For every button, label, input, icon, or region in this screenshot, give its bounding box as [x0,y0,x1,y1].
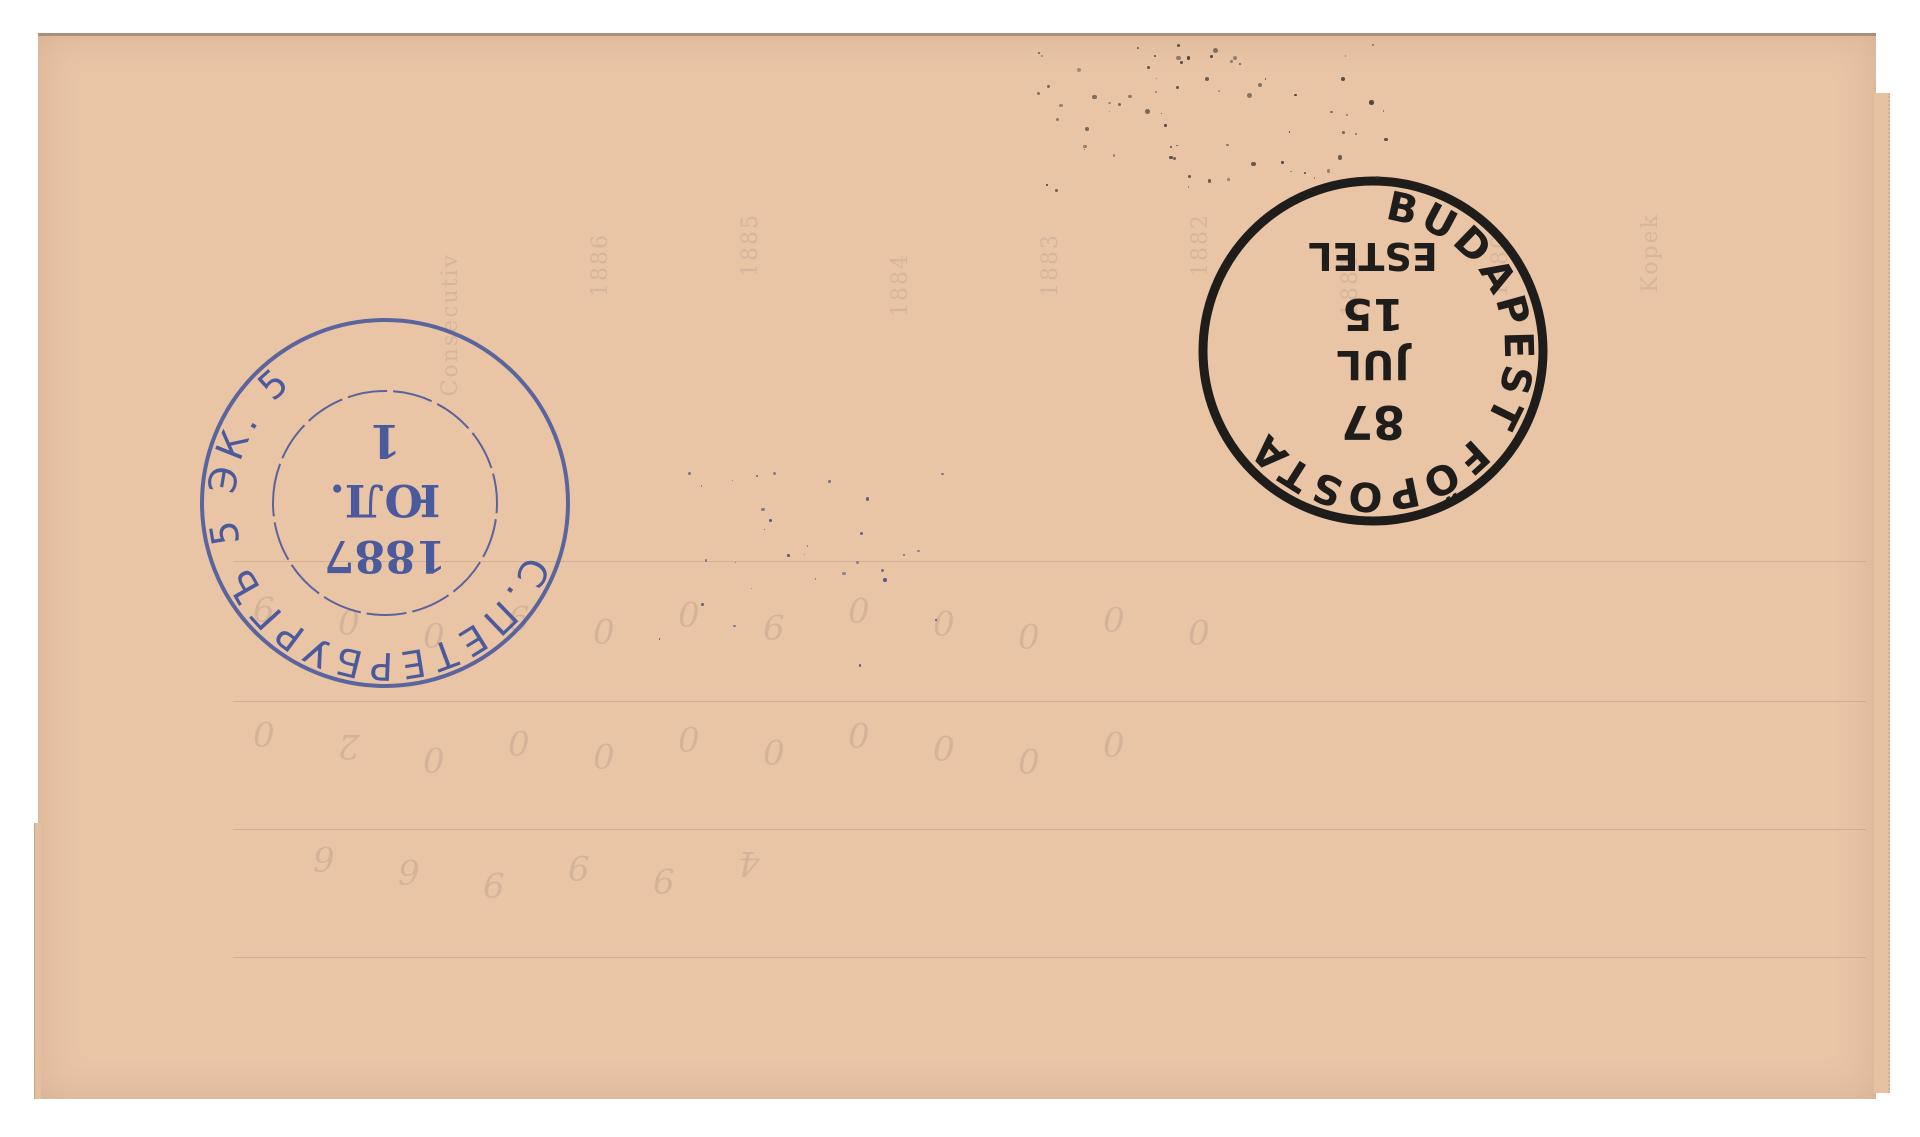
ink-speck [1176,145,1177,146]
ink-speck [764,529,765,530]
ink-speck [701,485,702,486]
ink-speck [1161,113,1162,114]
ink-speck [1265,78,1267,80]
show-through-handwritten-digit: 0 [933,602,955,642]
ink-speck [804,554,805,555]
ink-speck [866,497,869,500]
ink-speck [1155,91,1157,93]
ink-speck [1205,77,1209,81]
ink-speck [1251,162,1256,167]
ink-speck [1372,44,1374,46]
ink-speck [1055,189,1058,192]
ink-speck [733,625,735,627]
show-through-handwritten-digit: 9 [763,606,785,646]
ink-speck [856,561,859,564]
ink-speck [1247,93,1252,98]
show-through-column-header: 1885 [738,213,756,277]
ink-speck [688,472,691,475]
ink-speck [1304,172,1306,174]
ink-speck [1230,60,1233,63]
ink-speck [1113,154,1115,156]
show-through-handwritten-digit: 0 [848,589,870,629]
ruled-line [233,829,1866,830]
show-through-handwritten-digit: 0 [1018,740,1040,780]
ink-speck [1147,66,1150,69]
ink-speck [842,572,845,575]
ink-speck [859,664,861,666]
ink-speck [1258,83,1262,87]
ink-speck [1289,131,1291,133]
ink-speck [1369,100,1374,105]
budapest-postmark: BUDAPEST FŐPOSTA 87 JUL 15 ESTEL [1193,171,1553,531]
show-through-column-header: 1883 [1038,233,1056,297]
show-through-handwritten-digit: 0 [593,610,615,650]
svg-text:87: 87 [1341,395,1405,449]
show-through-handwritten-digit: 6 [398,851,420,891]
show-through-handwritten-digit: 0 [508,722,530,762]
ink-speck [1038,52,1040,54]
ink-speck [1355,133,1357,135]
ink-speck [1226,144,1229,147]
ink-speck [1154,55,1156,57]
ink-speck [1314,177,1316,179]
ink-speck [773,472,776,475]
ink-speck [1156,78,1157,79]
show-through-handwritten-digit: 9 [483,864,505,904]
show-through-handwritten-digit: 0 [1188,611,1210,651]
ink-speck [1083,145,1087,149]
show-through-handwritten-digit: 0 [593,735,615,775]
ink-speck [1239,63,1241,65]
ruled-line [233,701,1866,702]
ink-speck [1109,111,1111,113]
svg-text:1: 1 [369,414,401,468]
svg-text:ESTEL: ESTEL [1308,234,1437,278]
ink-speck [1341,77,1345,81]
ink-speck [1338,155,1343,160]
ink-speck [1164,124,1167,127]
show-through-column-header: 1886 [588,233,606,297]
ink-speck [761,508,765,512]
ink-speck [769,519,772,522]
ink-speck [1342,131,1345,134]
show-through-handwritten-digit: 0 [1103,723,1125,763]
ink-speck [1330,111,1333,114]
ink-speck [1176,56,1180,60]
ink-speck [1227,178,1230,181]
torn-right-flap [1874,93,1890,1093]
ink-speck [917,550,919,552]
ink-speck [860,532,864,536]
show-through-handwritten-digit: 0 [423,739,445,779]
show-through-handwritten-digit: 6 [313,838,335,878]
ink-speck [701,603,704,606]
show-through-handwritten-digit: 2 [338,726,360,766]
ink-speck [1084,149,1085,150]
ink-speck [903,554,905,556]
ink-speck [1037,92,1040,95]
ink-speck [828,480,831,483]
ink-speck [1290,171,1292,173]
ink-speck [1384,138,1387,141]
fold-step [34,823,41,1099]
show-through-handwritten-digit: 0 [848,714,870,754]
show-through-handwritten-digit: 0 [678,593,700,633]
ink-speck [1210,55,1213,58]
show-through-column-header: Kopek [1638,213,1656,293]
ink-speck [1187,56,1190,59]
ink-speck [1137,47,1139,49]
postal-document-back: Kopek1880188118821883188418851886Consecu… [38,33,1876,1099]
ink-speck [1056,118,1060,122]
ink-speck [1188,186,1189,187]
ink-speck [1327,169,1330,172]
ink-speck [1281,161,1284,164]
ink-speck [807,545,808,546]
ink-speck [1041,55,1043,57]
show-through-handwritten-digit: 0 [1018,615,1040,655]
show-through-handwritten-digit: 4 [738,843,760,883]
ink-speck [1218,90,1220,92]
ink-speck [815,578,817,580]
show-through-handwritten-digit: 9 [568,847,590,887]
ink-speck [1208,179,1212,183]
ink-speck [1383,110,1385,112]
ink-speck [1128,95,1131,98]
show-through-handwritten-digit: 0 [678,718,700,758]
ink-speck [883,578,887,582]
show-through-handwritten-digit: 0 [933,727,955,767]
ink-speck [1376,176,1379,179]
ink-speck [1047,85,1050,88]
ink-speck [1188,175,1191,178]
show-through-column-header: 1884 [888,253,906,317]
ink-speck [1294,94,1297,97]
ink-speck [1092,95,1096,99]
ink-speck [1145,109,1150,114]
ink-speck [1345,55,1346,56]
ink-speck [1046,184,1048,186]
ink-speck [1213,48,1218,53]
st-petersburg-postmark: С.ПЕТЕРБУРГЪ 5 ЭК. 5 1887 ЮЛ. 1 [200,318,570,688]
show-through-handwritten-digit: 0 [763,731,785,771]
ink-speck [1173,157,1176,160]
svg-text:ЮЛ.: ЮЛ. [330,474,441,525]
show-through-handwritten-digit: 0 [1103,598,1125,638]
ink-speck [1077,68,1081,72]
ink-speck [1108,102,1111,105]
ink-speck [1346,114,1348,116]
ink-speck [1169,156,1173,160]
ink-speck [1170,146,1172,148]
paper-top-edge [38,33,1876,36]
ink-speck [1085,127,1089,131]
ruled-line [233,957,1866,958]
ink-speck [1180,61,1183,64]
ink-speck [1118,103,1121,106]
ink-speck [732,480,733,481]
ink-speck [735,562,736,563]
ink-speck [1176,86,1179,89]
ink-speck [787,554,790,557]
ink-speck [941,473,944,476]
ink-speck [1177,44,1180,47]
svg-text:1887: 1887 [324,530,446,581]
show-through-handwritten-digit: 0 [253,713,275,753]
ink-speck [1233,56,1238,61]
ink-speck [751,588,752,589]
svg-text:15: 15 [1342,288,1403,339]
show-through-handwritten-digit: 9 [653,860,675,900]
ink-speck [659,638,661,640]
ink-speck [756,475,757,476]
svg-text:JUL: JUL [1337,341,1413,387]
ink-speck [1059,104,1062,107]
ink-speck [935,619,937,621]
ink-speck [881,569,884,572]
